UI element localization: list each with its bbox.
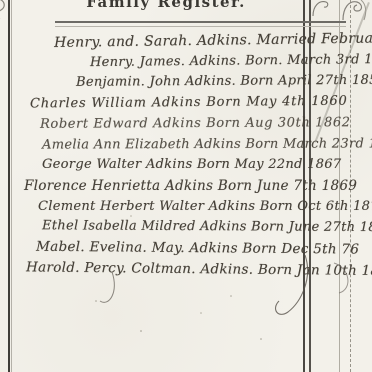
register-entry: Amelia Ann Elizabeth Adkins Born March 2… <box>14 134 366 156</box>
page-frame-left-rule <box>8 0 10 372</box>
register-entry: Robert Edward Adkins Born Aug 30th 1862 <box>14 113 366 136</box>
register-entry: Charles William Adkins Born May 4th 1860 <box>14 92 366 116</box>
register-entry: Benjamin. John Adkins. Born April 27th 1… <box>14 71 366 94</box>
register-entry: Mabel. Evelina. May. Adkins Born Dec 5th… <box>14 236 366 260</box>
register-entries: Henry. and. Sarah. Adkins. Married Febru… <box>14 31 366 279</box>
page-frame-left-echo <box>11 0 12 372</box>
paper-speckles <box>140 330 142 332</box>
register-entry: Harold. Percy. Coltman. Adkins. Born Jan… <box>14 257 366 281</box>
page-title: Family Register. <box>0 0 332 11</box>
register-entry: Clement Herbert Walter Adkins Born Oct 6… <box>14 197 366 218</box>
family-register-page: Family Register. Henry. and. Sarah. Adki… <box>0 0 372 372</box>
register-entry: Ethel Isabella Mildred Adkins Born June … <box>14 216 366 239</box>
register-entry: George Walter Adkins Born May 22nd 1867 <box>14 155 366 176</box>
register-entry: Florence Henrietta Adkins Born June 7th … <box>14 176 366 197</box>
title-divider-rule <box>55 21 346 27</box>
